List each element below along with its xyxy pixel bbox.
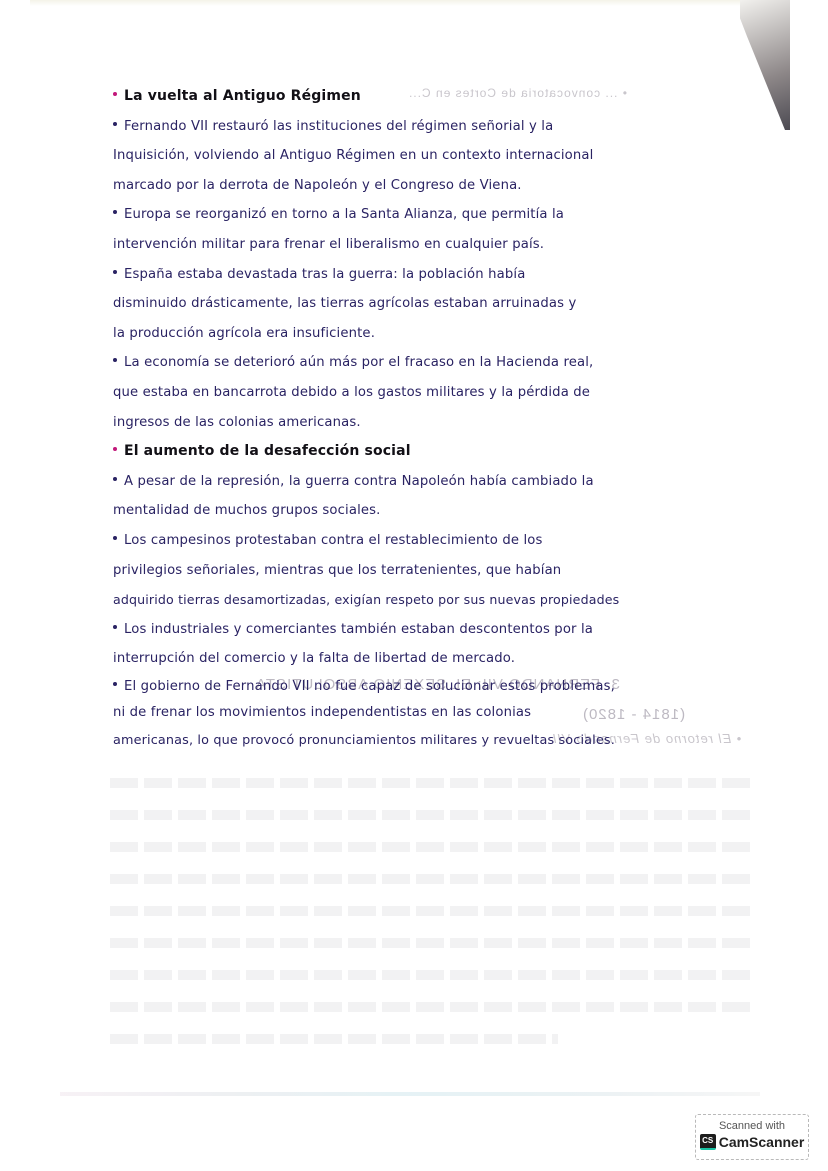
note-line: disminuido drásticamente, las tierras ag… bbox=[113, 289, 743, 319]
section-heading: La vuelta al Antiguo Régimen bbox=[113, 82, 743, 112]
note-line: Inquisición, volviendo al Antiguo Régime… bbox=[113, 141, 743, 171]
note-text: disminuido drásticamente, las tierras ag… bbox=[113, 296, 576, 311]
note-text: Los campesinos protestaban contra el res… bbox=[124, 533, 543, 548]
folded-page-corner bbox=[740, 0, 790, 130]
camscanner-watermark: Scanned with CS CamScanner bbox=[695, 1114, 809, 1160]
note-text: adquirido tierras desamortizadas, exigía… bbox=[113, 592, 619, 607]
bullet-icon bbox=[113, 477, 117, 481]
bleed-line bbox=[110, 906, 750, 916]
note-line: España estaba devastada tras la guerra: … bbox=[113, 260, 743, 290]
watermark-caption: Scanned with bbox=[696, 1120, 808, 1132]
section-heading-text: La vuelta al Antiguo Régimen bbox=[124, 88, 361, 104]
note-line: intervención militar para frenar el libe… bbox=[113, 230, 743, 260]
note-line: americanas, lo que provocó pronunciamien… bbox=[113, 726, 743, 756]
note-text: mentalidad de muchos grupos sociales. bbox=[113, 503, 381, 518]
watermark-brand-row: CS CamScanner bbox=[696, 1134, 808, 1150]
paper-top-edge bbox=[30, 0, 790, 6]
note-text: privilegios señoriales, mientras que los… bbox=[113, 563, 561, 578]
scanned-page: • ... convocatoria de Cortes en C... 3. … bbox=[0, 0, 828, 1171]
note-text: americanas, lo que provocó pronunciamien… bbox=[113, 733, 615, 748]
bleed-line bbox=[110, 874, 750, 884]
handwritten-notes: La vuelta al Antiguo Régimen Fernando VI… bbox=[113, 82, 743, 755]
section-heading: El aumento de la desafección social bbox=[113, 437, 743, 467]
camscanner-logo-icon: CS bbox=[700, 1134, 716, 1150]
note-line: interrupción del comercio y la falta de … bbox=[113, 644, 743, 674]
note-line: adquirido tierras desamortizadas, exigía… bbox=[113, 585, 743, 615]
watermark-brand: CamScanner bbox=[719, 1134, 805, 1150]
note-text: marcado por la derrota de Napoleón y el … bbox=[113, 178, 522, 193]
bullet-icon bbox=[113, 122, 117, 126]
note-text: Fernando VII restauró las instituciones … bbox=[124, 119, 553, 134]
note-line: ingresos de las colonias americanas. bbox=[113, 408, 743, 438]
note-line: El gobierno de Fernando VII no fue capaz… bbox=[113, 674, 743, 700]
note-line: Los industriales y comerciantes también … bbox=[113, 615, 743, 645]
bullet-icon bbox=[113, 682, 117, 686]
bleed-through-paragraphs bbox=[110, 778, 750, 1066]
note-line: A pesar de la represión, la guerra contr… bbox=[113, 467, 743, 497]
note-line: la producción agrícola era insuficiente. bbox=[113, 319, 743, 349]
bullet-icon bbox=[113, 92, 117, 96]
note-text: la producción agrícola era insuficiente. bbox=[113, 326, 375, 341]
note-text: ni de frenar los movimientos independent… bbox=[113, 705, 531, 720]
note-text: intervención militar para frenar el libe… bbox=[113, 237, 544, 252]
note-line: Fernando VII restauró las instituciones … bbox=[113, 112, 743, 142]
note-line: que estaba en bancarrota debido a los ga… bbox=[113, 378, 743, 408]
bleed-line bbox=[110, 778, 750, 788]
note-text: El gobierno de Fernando VII no fue capaz… bbox=[124, 679, 615, 694]
bleed-line bbox=[110, 1002, 750, 1012]
note-line: ni de frenar los movimientos independent… bbox=[113, 700, 743, 726]
note-text: Inquisición, volviendo al Antiguo Régime… bbox=[113, 148, 593, 163]
bleed-line bbox=[110, 842, 750, 852]
bullet-icon bbox=[113, 210, 117, 214]
note-line: La economía se deterioró aún más por el … bbox=[113, 348, 743, 378]
bleed-line bbox=[110, 810, 750, 820]
note-text: ingresos de las colonias americanas. bbox=[113, 415, 361, 430]
note-text: España estaba devastada tras la guerra: … bbox=[124, 267, 525, 282]
note-text: Los industriales y comerciantes también … bbox=[124, 622, 593, 637]
note-text: A pesar de la represión, la guerra contr… bbox=[124, 474, 594, 489]
bleed-line bbox=[110, 938, 750, 948]
note-line: marcado por la derrota de Napoleón y el … bbox=[113, 171, 743, 201]
note-text: Europa se reorganizó en torno a la Santa… bbox=[124, 207, 564, 222]
note-line: Europa se reorganizó en torno a la Santa… bbox=[113, 200, 743, 230]
section-heading-text: El aumento de la desafección social bbox=[124, 443, 411, 459]
note-line: privilegios señoriales, mientras que los… bbox=[113, 556, 743, 586]
bullet-icon bbox=[113, 625, 117, 629]
note-line: Los campesinos protestaban contra el res… bbox=[113, 526, 743, 556]
paper-bottom-edge bbox=[60, 1092, 760, 1096]
note-line: mentalidad de muchos grupos sociales. bbox=[113, 496, 743, 526]
note-text: que estaba en bancarrota debido a los ga… bbox=[113, 385, 590, 400]
bullet-icon bbox=[113, 447, 117, 451]
bleed-line bbox=[110, 1034, 558, 1044]
note-text: interrupción del comercio y la falta de … bbox=[113, 651, 515, 666]
bleed-line bbox=[110, 970, 750, 980]
bullet-icon bbox=[113, 536, 117, 540]
note-text: La economía se deterioró aún más por el … bbox=[124, 355, 593, 370]
page-margin-right bbox=[790, 0, 828, 1171]
bullet-icon bbox=[113, 270, 117, 274]
bullet-icon bbox=[113, 358, 117, 362]
